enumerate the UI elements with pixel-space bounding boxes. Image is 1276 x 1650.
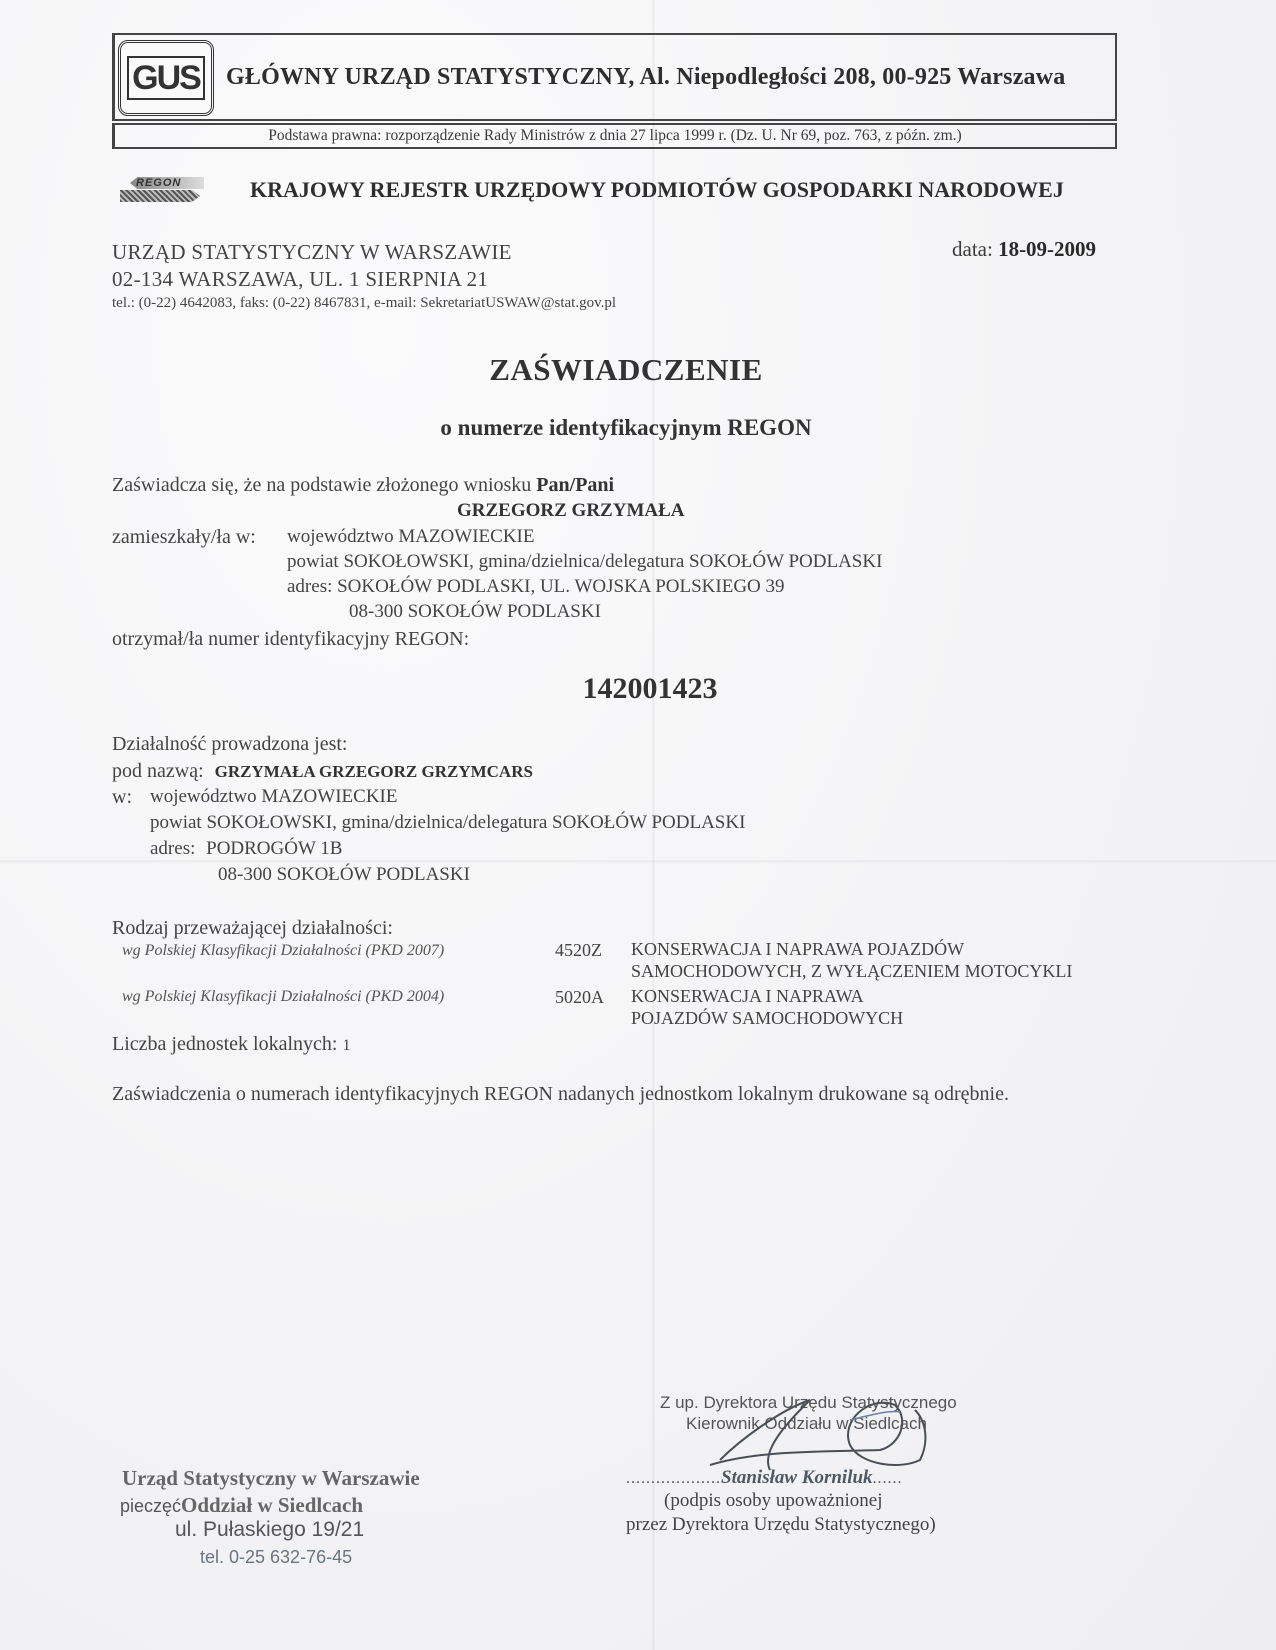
stamp-line2: Oddział w Siedlcach (181, 1493, 363, 1517)
pkd2007-classification: wg Polskiej Klasyfikacji Działalności (P… (122, 942, 444, 960)
residence-label: zamieszkały/ła w: (112, 526, 256, 549)
business-postal: 08-300 SOKOŁÓW PODLASKI (218, 864, 470, 886)
salutation: Pan/Pani (536, 474, 614, 496)
legal-basis: Podstawa prawna: rozporządzenie Rady Min… (112, 123, 1117, 149)
business-district: powiat SOKOŁOWSKI, gmina/dzielnica/deleg… (150, 812, 745, 834)
date-value: 18-09-2009 (998, 237, 1096, 261)
applicant-name: GRZEGORZ GRZYMAŁA (457, 500, 685, 522)
regon-number: 142001423 (0, 672, 1276, 706)
applicant-address: adres: SOKOŁÓW PODLASKI, UL. WOJSKA POLS… (287, 576, 785, 598)
business-address: PODROGÓW 1B (206, 838, 342, 859)
pkd2004-classification: wg Polskiej Klasyfikacji Działalności (P… (122, 988, 444, 1006)
business-name-row: pod nazwą: GRZYMAŁA GRZEGORZ GRZYMCARS (112, 760, 533, 783)
office-address: 02-134 WARSZAWA, UL. 1 SIERPNIA 21 (112, 267, 488, 292)
date-label: data: (952, 237, 993, 261)
document-title: ZAŚWIADCZENIE (0, 352, 1252, 388)
signature-caption2: przez Dyrektora Urzędu Statystycznego) (626, 1514, 936, 1536)
stamp-label-row: pieczęćOddział w Siedlcach (120, 1493, 363, 1518)
office-contact: tel.: (0-22) 4642083, faks: (0-22) 84678… (112, 295, 616, 312)
applicant-intro: Zaświadcza się, że na podstawie złożoneg… (112, 474, 614, 497)
pkd2004-description: KONSERWACJA I NAPRAWA POJAZDÓW SAMOCHODO… (631, 985, 931, 1029)
gus-logo-icon: GUS (118, 40, 214, 116)
stamp-line3: ul. Pułaskiego 19/21 (175, 1518, 364, 1542)
signatory-name: Stanisław Korniluk (721, 1467, 873, 1488)
business-intro: Działalność prowadzona jest: (112, 733, 347, 756)
applicant-voivodeship: województwo MAZOWIECKIE (287, 526, 534, 548)
local-units-note: Zaświadczenia o numerach identyfikacyjny… (112, 1080, 1072, 1108)
business-name-label: pod nazwą: (112, 760, 204, 782)
signature-line: ...................Stanisław Korniluk...… (626, 1467, 903, 1489)
business-address-label: adres: (150, 838, 195, 859)
business-name: GRZYMAŁA GRZEGORZ GRZYMCARS (215, 762, 533, 781)
applicant-district: powiat SOKOŁOWSKI, gmina/dzielnica/deleg… (287, 551, 882, 573)
stamp-label: pieczęć (120, 1496, 181, 1516)
activity-label: Rodzaj przeważającej działalności: (112, 917, 393, 940)
local-units-value: 1 (342, 1037, 350, 1054)
document-date: data: 18-09-2009 (952, 237, 1096, 262)
local-units: Liczba jednostek lokalnych: 1 (112, 1033, 350, 1056)
document-subtitle: o numerze identyfikacyjnym REGON (0, 415, 1252, 441)
local-units-label: Liczba jednostek lokalnych: (112, 1033, 337, 1055)
institution-title: GŁÓWNY URZĄD STATYSTYCZNY, Al. Niepodleg… (226, 64, 1066, 91)
office-name: URZĄD STATYSTYCZNY W WARSZAWIE (112, 240, 512, 265)
pkd2007-description: KONSERWACJA I NAPRAWA POJAZDÓW SAMOCHODO… (631, 938, 1101, 982)
business-address-row: adres: PODROGÓW 1B (150, 838, 342, 860)
registry-title: KRAJOWY REJESTR URZĘDOWY PODMIOTÓW GOSPO… (250, 177, 1064, 203)
business-in-label: w: (112, 786, 132, 809)
business-voivodeship: województwo MAZOWIECKIE (150, 786, 397, 808)
pkd2007-code: 4520Z (555, 940, 602, 961)
stamp-line1: Urząd Statystyczny w Warszawie (122, 1466, 420, 1491)
stamp-line4: tel. 0-25 632-76-45 (200, 1547, 352, 1568)
signature-caption1: (podpis osoby upoważnionej (664, 1490, 882, 1512)
received-label: otrzymał/ła numer identyfikacyjny REGON: (112, 628, 469, 651)
applicant-postal: 08-300 SOKOŁÓW PODLASKI (349, 601, 601, 623)
regon-logo-icon: REGON (118, 175, 206, 205)
pkd2004-code: 5020A (555, 987, 604, 1008)
